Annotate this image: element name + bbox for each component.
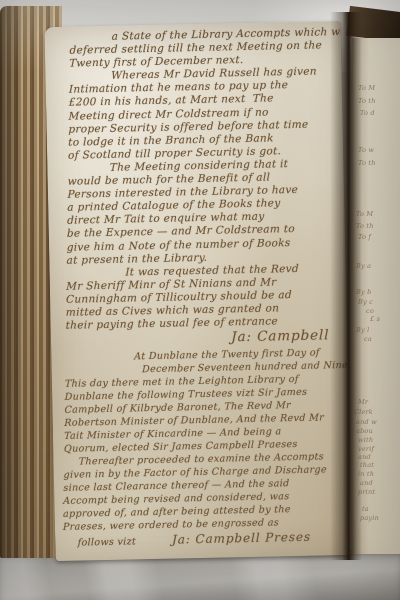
manuscript-photo: To MTo thTo dTo wTo thTo MTo thTo fBy aB… xyxy=(0,0,400,600)
manuscript-line-text: Ja: Campbell xyxy=(231,327,329,345)
facing-page-fragment: that xyxy=(360,461,374,469)
facing-page-fragment: co xyxy=(366,307,374,315)
facing-page-fragment: ta xyxy=(362,505,369,513)
facing-page-fragment: To d xyxy=(360,109,375,117)
manuscript-line-text: follows vizt xyxy=(78,537,137,549)
signature: Ja: Campbell Preses xyxy=(172,530,311,547)
facing-page-fragment: payin xyxy=(360,514,379,522)
facing-page-fragment: ca xyxy=(364,335,372,343)
book-gutter-shadow xyxy=(330,12,362,560)
manuscript-text: a State of the Library Accompts which wa… xyxy=(62,26,349,561)
facing-page-fragment: £ s xyxy=(370,315,380,323)
manuscript-page: a State of the Library Accompts which wa… xyxy=(44,21,351,561)
